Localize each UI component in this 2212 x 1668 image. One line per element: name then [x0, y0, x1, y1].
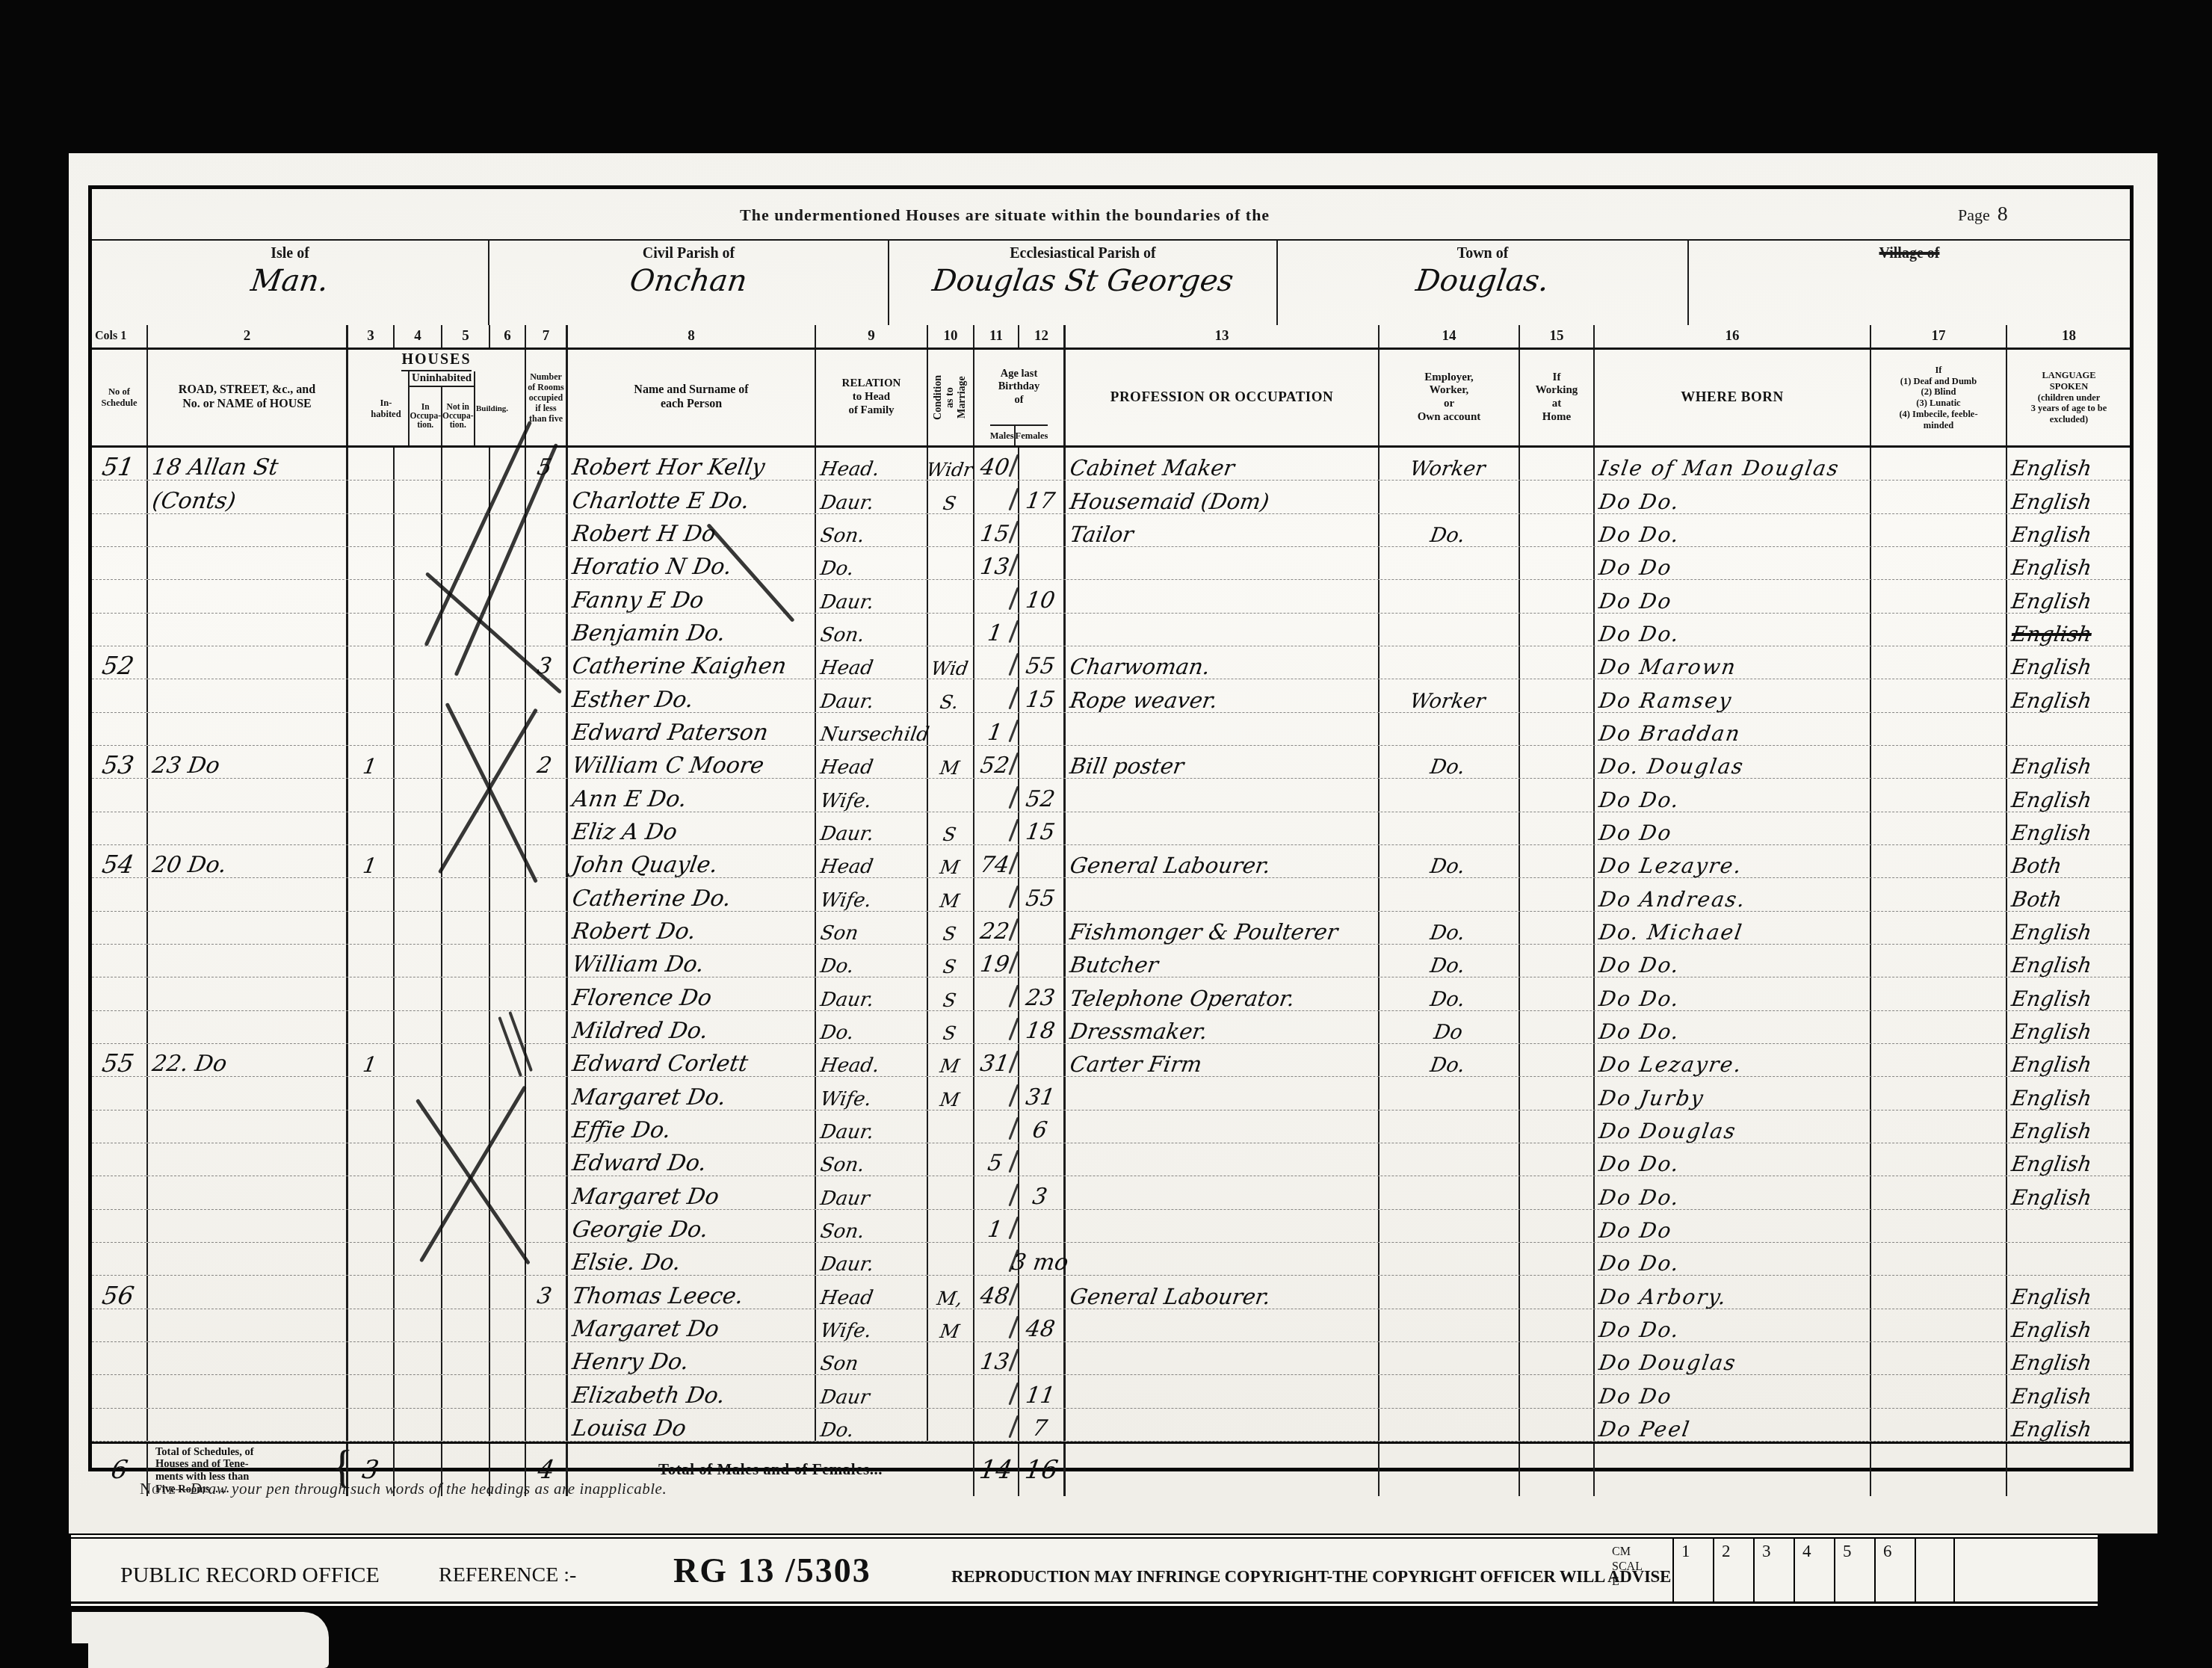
cell-condition-text: Widr [925, 460, 974, 479]
cell-home [1520, 1375, 1595, 1407]
cell-occupation-text: Carter Firm [1069, 1054, 1204, 1075]
header-houses: HOUSES [401, 350, 471, 371]
cell-where-born: Do Do. [1595, 779, 1871, 811]
cell-in-occupation [395, 1276, 442, 1308]
census-table: Cols 123456789101112131415161718No of Sc… [92, 325, 2130, 1496]
cell-in-occupation [395, 878, 442, 910]
cell-relation: Do. [816, 945, 928, 977]
cell-condition [928, 779, 974, 811]
cell-infirmity [1871, 547, 2007, 579]
cell-street-text: 22. Do [151, 1053, 229, 1075]
cell-street [148, 1309, 348, 1341]
cell-language: English [2007, 912, 2131, 944]
totals-empty [1595, 1444, 1871, 1496]
cell-not-in-occupation [442, 1276, 490, 1308]
cell-relation: Daur [816, 1375, 928, 1407]
cell-age-female: 18 [1019, 1011, 1066, 1043]
cell-street [148, 514, 348, 546]
table-row: 5522. Do1Edward CorlettHead.M31Carter Fi… [92, 1044, 2130, 1077]
cell-relation-text: Daur. [819, 692, 875, 711]
cell-where-born-text: Do Douglas [1598, 1353, 1738, 1374]
table-row: 5118 Allan St5Robert Hor KellyHead.Widr4… [92, 448, 2130, 481]
header-profession-text: PROFESSION OR OCCUPATION [1110, 389, 1333, 406]
cell-inhabited: 1 [348, 746, 395, 778]
cell-rooms [526, 1176, 568, 1208]
cell-occupation [1066, 713, 1380, 745]
census-page: The undermentioned Houses are situate wi… [69, 153, 2157, 1533]
cell-not-in-occupation [442, 878, 490, 910]
cell-age-female [1019, 1044, 1066, 1076]
cell-employer [1380, 1077, 1520, 1109]
cell-age-female [1019, 1276, 1066, 1308]
cell-where-born: Do Do. [1595, 1143, 1871, 1176]
scale-box: 1 [1672, 1539, 1713, 1601]
table-row: Fanny E DoDaur.10Do DoEnglish [92, 580, 2130, 613]
cell-building [490, 448, 526, 480]
cell-where-born-text: Do Marown [1598, 657, 1738, 678]
cell-employer: Do. [1380, 746, 1520, 778]
cell-street [148, 580, 348, 612]
cell-age-male-text: 1 [986, 623, 1004, 645]
cell-age-female-text: 15 [1025, 689, 1057, 711]
cell-building [490, 1176, 526, 1208]
cell-name: Robert Hor Kelly [568, 448, 816, 480]
total-inhabited-text: 3 [360, 1457, 380, 1483]
cell-relation-text: Do. [819, 559, 855, 578]
header-rooms-text: Number of Rooms occupied if less than fi… [528, 371, 563, 424]
col-number-15-text: 15 [1550, 328, 1564, 345]
cell-age-male-text: 31 [979, 1053, 1011, 1075]
cell-rooms-text: 3 [536, 1285, 554, 1308]
cell-building [490, 679, 526, 711]
admin-village: Village of [1689, 241, 2130, 325]
cell-name-text: William Do. [571, 954, 705, 976]
cell-relation: Daur. [816, 679, 928, 711]
cell-not-in-occupation [442, 1342, 490, 1374]
cell-language: English [2007, 1044, 2131, 1076]
cell-age-female [1019, 514, 1066, 546]
cell-not-in-occupation [442, 977, 490, 1010]
cell-where-born: Do Jurby [1595, 1077, 1871, 1109]
cell-age-male-text: 13 [979, 1351, 1011, 1374]
cell-employer [1380, 547, 1520, 579]
cell-employer [1380, 1342, 1520, 1374]
cell-relation-text: Head. [819, 1056, 881, 1075]
cell-language-text: English [2010, 458, 2093, 479]
cell-occupation: Charwoman. [1066, 646, 1380, 679]
cell-infirmity [1871, 679, 2007, 711]
cell-language: Both [2007, 845, 2131, 877]
cell-where-born: Do Marown [1595, 646, 1871, 679]
cell-name: Fanny E Do [568, 580, 816, 612]
cell-where-born: Isle of Man Douglas [1595, 448, 1871, 480]
cell-language: English [2007, 1375, 2131, 1407]
cell-in-occupation [395, 547, 442, 579]
cell-employer [1380, 646, 1520, 679]
cell-schedule [92, 514, 148, 546]
table-row: Edward PatersonNursechild1Do Braddan [92, 713, 2130, 746]
cell-name: Robert Do. [568, 912, 816, 944]
cell-age-male-text: 1 [986, 722, 1004, 744]
cell-name: Horatio N Do. [568, 547, 816, 579]
cell-infirmity [1871, 614, 2007, 646]
admin-isle-value: Man. [249, 264, 331, 298]
cell-relation-text: Daur. [819, 824, 875, 844]
cell-employer-text: Worker [1409, 459, 1487, 479]
table-row: Mildred Do.Do.S18Dressmaker.DoDo Do.Engl… [92, 1011, 2130, 1044]
cell-employer: Do. [1380, 845, 1520, 877]
cell-building [490, 1011, 526, 1043]
cell-building [490, 779, 526, 811]
total-rooms-text: 4 [536, 1457, 556, 1483]
cell-occupation-text: Cabinet Maker [1069, 457, 1236, 479]
cell-street [148, 679, 348, 711]
cell-relation-text: Daur [819, 1189, 871, 1208]
cell-occupation [1066, 1375, 1380, 1407]
table-row: 563Thomas Leece.HeadM,48General Labourer… [92, 1276, 2130, 1309]
cell-condition: M [928, 746, 974, 778]
cell-not-in-occupation [442, 481, 490, 513]
cell-relation: Son. [816, 614, 928, 646]
cell-employer: Do. [1380, 912, 1520, 944]
cell-not-in-occupation [442, 580, 490, 612]
cell-language-text: Both [2010, 856, 2063, 877]
cell-relation: Wife. [816, 1309, 928, 1341]
cell-infirmity [1871, 1342, 2007, 1374]
cell-name: Margaret Do [568, 1309, 816, 1341]
scale-box: 4 [1794, 1539, 1834, 1601]
cell-relation: Son. [816, 514, 928, 546]
cell-home [1520, 481, 1595, 513]
cell-occupation [1066, 1077, 1380, 1109]
cell-condition-text: S [942, 494, 957, 513]
total-schedules-text: 6 [109, 1457, 129, 1483]
cell-age-female [1019, 713, 1066, 745]
col-number-16-text: 16 [1726, 328, 1740, 345]
admin-isle: Isle of Man. [92, 241, 489, 325]
header-not-in-occupation: Not in Occupa- tion. [442, 387, 474, 445]
cell-street [148, 1342, 348, 1374]
cell-relation: Do. [816, 547, 928, 579]
cell-occupation-text: Housemaid (Dom) [1069, 491, 1271, 513]
cell-relation-text: Head [819, 857, 874, 877]
cell-age-female-text: 52 [1025, 788, 1057, 811]
cell-infirmity [1871, 1044, 2007, 1076]
cell-employer: Do [1380, 1011, 1520, 1043]
cell-street [148, 1210, 348, 1242]
cell-infirmity [1871, 646, 2007, 679]
cell-employer [1380, 1375, 1520, 1407]
col-number-8-text: 8 [688, 328, 695, 345]
cell-where-born-text: Do Douglas [1598, 1121, 1738, 1142]
totals-empty [2007, 1444, 2131, 1496]
cell-where-born-text: Do Do. [1598, 624, 1681, 645]
header-building: Building. [475, 371, 510, 445]
col-number-17-text: 17 [1932, 328, 1946, 345]
cell-name-text: Elizabeth Do. [571, 1385, 727, 1407]
cell-where-born-text: Do Lezayre. [1598, 1054, 1744, 1075]
cell-schedule [92, 580, 148, 612]
cell-building [490, 1077, 526, 1109]
cell-employer: Worker [1380, 448, 1520, 480]
cell-employer: Do. [1380, 514, 1520, 546]
cell-infirmity [1871, 1375, 2007, 1407]
cell-infirmity [1871, 1077, 2007, 1109]
cell-schedule-text: 52 [100, 653, 135, 678]
cell-not-in-occupation [442, 945, 490, 977]
header-road-text: ROAD, STREET, &c., and No. or NAME of HO… [179, 383, 315, 412]
cell-where-born-text: Do Do. [1598, 989, 1681, 1010]
cell-where-born-text: Do Braddan [1598, 723, 1743, 744]
cell-inhabited [348, 1309, 395, 1341]
cell-relation-text: Do. [819, 1421, 855, 1440]
cell-schedule [92, 878, 148, 910]
cell-language-text: English [2010, 955, 2093, 976]
page-number: 8 [1998, 203, 2008, 226]
cell-where-born: Do Arbory. [1595, 1276, 1871, 1308]
cell-infirmity [1871, 580, 2007, 612]
cell-language-text: English [2010, 823, 2093, 844]
cell-relation: Head [816, 746, 928, 778]
header-infirmity-text: If (1) Deaf and Dumb (2) Blind (3) Lunat… [1899, 365, 1977, 431]
col-number-2-text: 2 [244, 328, 251, 345]
cell-not-in-occupation [442, 547, 490, 579]
cell-relation-text: Do. [819, 1023, 855, 1042]
header-where-born: WHERE BORN [1595, 350, 1871, 445]
cell-employer-text: Do. [1429, 989, 1466, 1010]
cell-where-born-text: Do Do. [1598, 1154, 1681, 1175]
cell-language: Both [2007, 878, 2131, 910]
cell-where-born-text: Do Ramsey [1598, 691, 1734, 711]
table-row: Horatio N Do.Do.13Do DoEnglish [92, 547, 2130, 580]
cell-age-female: 55 [1019, 646, 1066, 679]
cell-street [148, 1409, 348, 1441]
cell-name-text: Robert H Do [571, 523, 717, 546]
table-row: Benjamin Do.Son.1Do Do.English [92, 614, 2130, 646]
cell-name: John Quayle. [568, 845, 816, 877]
cell-street: 20 Do. [148, 845, 348, 877]
cell-language: English [2007, 1176, 2131, 1208]
cell-building [490, 514, 526, 546]
table-row: Catherine Do.Wife.M55Do Andreas.Both [92, 878, 2130, 911]
cell-street [148, 878, 348, 910]
cell-occupation: Cabinet Maker [1066, 448, 1380, 480]
cell-age-male-text: 1 [986, 1219, 1004, 1241]
cell-name: William C Moore [568, 746, 816, 778]
cell-name-text: Mildred Do. [571, 1020, 710, 1042]
cell-inhabited [348, 1111, 395, 1143]
cell-language-text: English [2010, 1121, 2093, 1142]
cell-in-occupation [395, 1044, 442, 1076]
cell-name: Esther Do. [568, 679, 816, 711]
cell-relation: Do. [816, 1409, 928, 1441]
cell-home [1520, 1210, 1595, 1242]
cell-condition: M [928, 1077, 974, 1109]
cell-language-text: Both [2010, 889, 2063, 910]
form-frame: The undermentioned Houses are situate wi… [88, 185, 2134, 1471]
cell-schedule: 53 [92, 746, 148, 778]
cell-in-occupation [395, 448, 442, 480]
cell-age-male-text: 13 [979, 556, 1011, 578]
cell-name-text: Edward Paterson [571, 722, 770, 744]
cell-condition [928, 1176, 974, 1208]
cell-infirmity [1871, 481, 2007, 513]
cell-name: Margaret Do [568, 1176, 816, 1208]
cell-where-born: Do Do. [1595, 1011, 1871, 1043]
cell-home [1520, 1143, 1595, 1176]
cell-where-born-text: Do Do. [1598, 1253, 1681, 1274]
scale-ruler: 123456 [1672, 1539, 1955, 1601]
cell-relation: Do. [816, 1011, 928, 1043]
cell-relation: Head. [816, 1044, 928, 1076]
cell-name-text: Florence Do [571, 987, 714, 1010]
header-employer: Employer, Worker, or Own account [1380, 350, 1520, 445]
cell-language: English [2007, 1143, 2131, 1176]
cell-age-male-text: 5 [986, 1152, 1004, 1175]
cell-home [1520, 614, 1595, 646]
cell-relation: Wife. [816, 878, 928, 910]
cell-not-in-occupation [442, 1077, 490, 1109]
cell-name-text: Edward Do. [571, 1152, 708, 1175]
cell-building [490, 1409, 526, 1441]
cell-language-text: English [2010, 624, 2093, 645]
cell-not-in-occupation [442, 448, 490, 480]
cell-relation-text: Son. [819, 526, 866, 546]
cell-name-text: Margaret Do [571, 1186, 721, 1208]
cell-inhabited-text: 1 [361, 856, 377, 877]
cell-in-occupation [395, 1176, 442, 1208]
cell-in-occupation [395, 1143, 442, 1176]
cell-relation-text: Do. [819, 957, 855, 976]
cell-language: English [2007, 646, 2131, 679]
cell-not-in-occupation [442, 646, 490, 679]
cell-not-in-occupation [442, 1210, 490, 1242]
cell-building [490, 977, 526, 1010]
cell-condition-text: M [939, 759, 961, 777]
cell-employer [1380, 580, 1520, 612]
cell-condition: S. [928, 679, 974, 711]
cell-schedule: 56 [92, 1276, 148, 1308]
cell-rooms-text: 3 [536, 655, 554, 678]
cell-age-female [1019, 614, 1066, 646]
cell-relation-text: Nursechild [819, 725, 930, 744]
page-indicator: Page8 [1958, 203, 2008, 226]
cell-inhabited [348, 1210, 395, 1242]
cell-schedule [92, 713, 148, 745]
cell-schedule [92, 1243, 148, 1275]
cell-in-occupation [395, 1409, 442, 1441]
col-number-10: 10 [928, 325, 974, 347]
cell-relation: Son [816, 1342, 928, 1374]
cell-rooms-text: 5 [536, 457, 554, 479]
cell-occupation [1066, 1309, 1380, 1341]
col-number-3: 3 [348, 325, 395, 347]
admin-civil-parish-label: Civil Parish of [489, 241, 888, 262]
cell-name-text: Margaret Do. [571, 1087, 728, 1109]
cell-street [148, 779, 348, 811]
cell-language: English [2007, 448, 2131, 480]
cell-occupation [1066, 1409, 1380, 1441]
cell-age-female [1019, 945, 1066, 977]
cell-age-female: 23 [1019, 977, 1066, 1010]
cell-age-female: 7 [1019, 1409, 1066, 1441]
cell-employer [1380, 1143, 1520, 1176]
cell-schedule [92, 1011, 148, 1043]
table-row: Robert H DoSon.15TailorDo.Do Do.English [92, 514, 2130, 547]
col-number-6-text: 6 [504, 328, 511, 345]
cell-where-born-text: Do Do. [1598, 1320, 1681, 1341]
cell-where-born-text: Do. Douglas [1598, 756, 1746, 777]
cell-condition: S [928, 812, 974, 844]
cell-home [1520, 1409, 1595, 1441]
cell-not-in-occupation [442, 779, 490, 811]
cell-in-occupation [395, 1011, 442, 1043]
cell-building [490, 746, 526, 778]
cell-employer-text: Do. [1429, 856, 1466, 877]
header-age: Age last Birthday of [998, 350, 1040, 424]
cell-infirmity [1871, 1176, 2007, 1208]
cell-occupation-text: Rope weaver. [1069, 690, 1220, 711]
cell-where-born: Do Do [1595, 1210, 1871, 1242]
reference-label: REFERENCE :- [439, 1563, 576, 1587]
situate-line: The undermentioned Houses are situate wi… [740, 206, 1270, 225]
cell-employer: Do. [1380, 977, 1520, 1010]
header-schedule-text: No of Schedule [102, 386, 138, 409]
cell-street [148, 977, 348, 1010]
cell-schedule [92, 481, 148, 513]
cell-schedule-text: 56 [100, 1283, 135, 1308]
col-number-4-text: 4 [414, 328, 421, 345]
col-number-7: 7 [526, 325, 568, 347]
cell-street [148, 547, 348, 579]
cell-relation: Wife. [816, 1077, 928, 1109]
cell-relation-text: Son [819, 1354, 859, 1374]
scale-box-empty [1915, 1539, 1955, 1601]
cell-infirmity [1871, 713, 2007, 745]
cell-age-female [1019, 547, 1066, 579]
cell-name-text: Benjamin Do. [571, 623, 727, 645]
cell-rooms [526, 1243, 568, 1275]
cell-occupation: Housemaid (Dom) [1066, 481, 1380, 513]
cell-where-born: Do Braddan [1595, 713, 1871, 745]
cell-inhabited [348, 1176, 395, 1208]
cell-age-male-text: 19 [979, 954, 1011, 976]
scale-box: 6 [1874, 1539, 1915, 1601]
cell-not-in-occupation [442, 679, 490, 711]
cell-building [490, 713, 526, 745]
cell-rooms [526, 779, 568, 811]
cell-not-in-occupation [442, 1375, 490, 1407]
cell-relation: Head. [816, 448, 928, 480]
cell-name: Edward Paterson [568, 713, 816, 745]
col-number-14: 14 [1380, 325, 1520, 347]
admin-header: Isle of Man. Civil Parish of Onchan Eccl… [92, 239, 2130, 325]
cell-street: 18 Allan St [148, 448, 348, 480]
cell-not-in-occupation [442, 1011, 490, 1043]
cell-occupation-text: Telephone Operator. [1069, 988, 1297, 1010]
col-number-9-text: 9 [868, 328, 875, 345]
cell-home [1520, 845, 1595, 877]
cell-relation: Daur. [816, 580, 928, 612]
cell-condition-text: M [939, 892, 961, 910]
cell-occupation-text: Butcher [1069, 954, 1160, 976]
cell-name-text: Thomas Leece. [571, 1285, 745, 1308]
col-number-11: 11 [974, 325, 1019, 347]
cell-street-text: 20 Do. [151, 854, 229, 877]
cell-occupation-text: Fishmonger & Poulterer [1069, 921, 1339, 943]
cell-infirmity [1871, 845, 2007, 877]
cell-employer-text: Do. [1429, 923, 1466, 943]
